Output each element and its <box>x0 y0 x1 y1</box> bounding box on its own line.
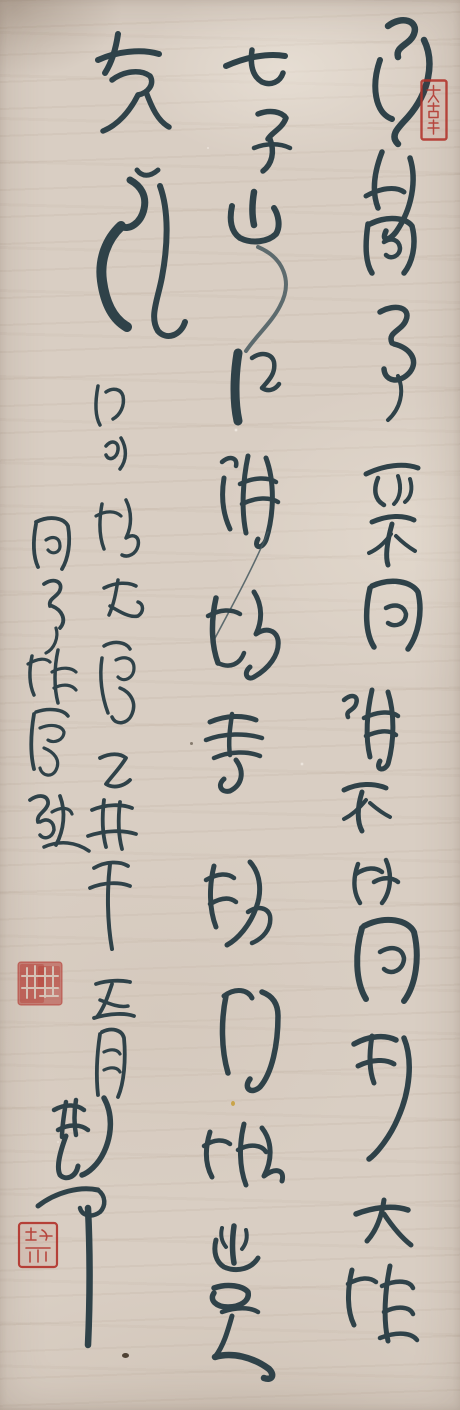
calligraphy-svg <box>0 0 460 1410</box>
colophon-dedication-column <box>28 518 89 851</box>
paper-stain <box>231 1101 235 1106</box>
text-column-left <box>98 34 185 336</box>
signature <box>38 1098 110 1345</box>
seal-square-bottom-left <box>19 1223 57 1267</box>
text-column-middle <box>204 50 290 1379</box>
paper-fleck <box>190 742 193 745</box>
text-column-right <box>344 20 429 1341</box>
colophon-date-column <box>88 386 143 1097</box>
paper-fleck <box>122 1353 129 1358</box>
seal-auspicious-top-right <box>422 81 447 140</box>
seal-square-middle-left <box>18 962 62 1005</box>
calligraphy-scroll <box>0 0 460 1410</box>
